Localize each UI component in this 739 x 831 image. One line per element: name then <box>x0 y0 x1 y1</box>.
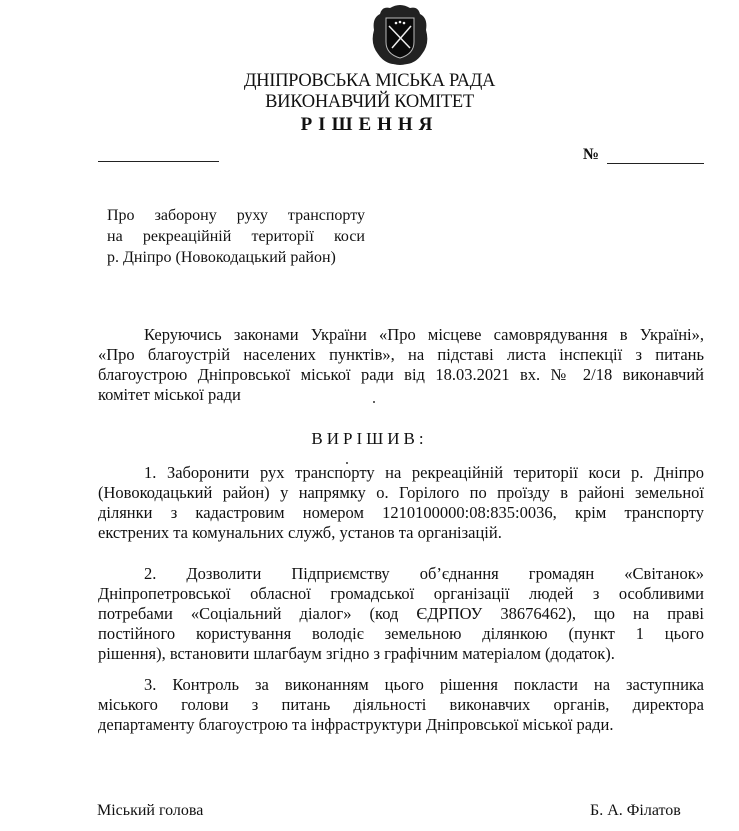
subject-line: на рекреаційній території коси <box>107 226 365 247</box>
number-blank-line <box>607 163 704 164</box>
text-line: 2. Дозволити Підприємству об’єднання гро… <box>98 564 704 584</box>
decision-item-1: 1. Заборонити рух транспорту на рекреаці… <box>98 463 704 543</box>
subject-line: Про заборону руху транспорту <box>107 205 365 226</box>
council-name: ДНІПРОВСЬКА МІСЬКА РАДА <box>0 71 739 91</box>
text-line: екстрених та комунальних служб, установ … <box>98 523 704 543</box>
signatory-position: Міський голова <box>97 802 203 820</box>
text-line: департаменту благоустрою та інфраструкту… <box>98 715 704 735</box>
text-line: рішення), встановити шлагбаум згідно з г… <box>98 644 704 664</box>
text-line: постійного користування володіє земельно… <box>98 624 704 644</box>
decided-heading: ВИРІШИВ: <box>0 429 739 449</box>
text-line: Керуючись законами України «Про місцеве … <box>98 325 704 345</box>
coat-of-arms-icon <box>370 4 430 70</box>
text-line: «Про благоустрій населених пунктів», на … <box>98 345 704 365</box>
text-line: 3. Контроль за виконанням цього рішення … <box>98 675 704 695</box>
text-line: (Новокодацький район) у напрямку о. Горі… <box>98 483 704 503</box>
text-line: 1. Заборонити рух транспорту на рекреаці… <box>98 463 704 483</box>
document-type: РІШЕННЯ <box>0 115 739 135</box>
preamble-paragraph: Керуючись законами України «Про місцеве … <box>98 325 704 405</box>
text-line: благоустрою Дніпровської міської ради ві… <box>98 365 704 385</box>
text-line: міського голови з питань діяльності вико… <box>98 695 704 715</box>
text-line: Дніпропетровської обласної громадської о… <box>98 584 704 604</box>
date-blank-line <box>98 161 219 162</box>
decision-subject: Про заборону руху транспорту на рекреаці… <box>107 205 365 268</box>
decision-item-2: 2. Дозволити Підприємству об’єднання гро… <box>98 564 704 664</box>
text-line: потребами «Соціальний діалог» (код ЄДРПО… <box>98 604 704 624</box>
number-label: № <box>583 146 599 164</box>
decision-item-3: 3. Контроль за виконанням цього рішення … <box>98 675 704 735</box>
signatory-name: Б. А. Філатов <box>590 802 681 820</box>
subject-line: р. Дніпро (Новокодацький район) <box>107 247 365 268</box>
committee-name: ВИКОНАВЧИЙ КОМІТЕТ <box>0 92 739 112</box>
scan-speck <box>373 401 375 403</box>
text-line: ділянки з кадастровим номером 1210100000… <box>98 503 704 523</box>
text-line: комітет міської ради <box>98 385 704 405</box>
